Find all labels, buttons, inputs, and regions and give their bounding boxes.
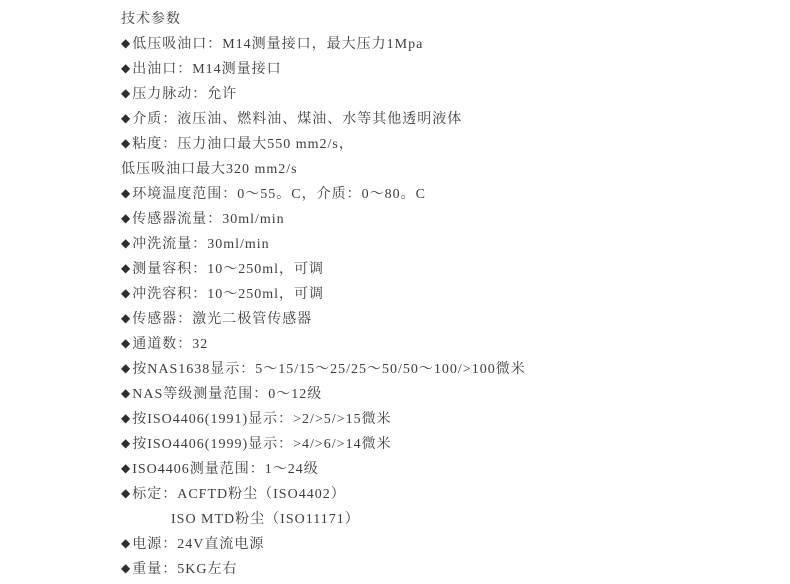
parameter-text: 传感器流量：30ml/min — [132, 212, 284, 227]
parameter-text: 粘度：压力油口最大550 mm2/s， — [132, 137, 354, 152]
parameter-line: ◆按ISO4406(1991)显示：>2/>5/>15微米 — [121, 407, 770, 432]
diamond-bullet-icon: ◆ — [121, 181, 131, 206]
parameter-text: 按NAS1638显示：5～15/15～25/25～50/50～100/>100微… — [132, 362, 525, 377]
diamond-bullet-icon: ◆ — [121, 381, 131, 406]
parameter-text: 低压吸油口最大320 mm2/s — [121, 162, 298, 177]
parameter-line: ◆低压吸油口：M14测量接口，最大压力1Mpa — [121, 32, 770, 57]
parameter-text: 冲洗流量：30ml/min — [132, 237, 269, 252]
parameter-line: ◆NAS等级测量范围：0～12级 — [121, 382, 770, 407]
diamond-bullet-icon: ◆ — [121, 31, 131, 56]
diamond-bullet-icon: ◆ — [121, 231, 131, 256]
parameter-text: 按ISO4406(1991)显示：>2/>5/>15微米 — [132, 412, 391, 427]
parameter-line: ◆传感器流量：30ml/min — [121, 207, 770, 232]
diamond-bullet-icon: ◆ — [121, 106, 131, 131]
parameter-line: ◆测量容积：10～250ml，可调 — [121, 257, 770, 282]
diamond-bullet-icon: ◆ — [121, 206, 131, 231]
parameter-line: ◆电源：24V直流电源 — [121, 532, 770, 557]
technical-parameters-document: 技术参数 ◆低压吸油口：M14测量接口，最大压力1Mpa◆出油口：M14测量接口… — [0, 0, 790, 584]
parameter-line: ◆粘度：压力油口最大550 mm2/s， — [121, 132, 770, 157]
parameter-line: ◆传感器：激光二极管传感器 — [121, 307, 770, 332]
parameter-text: 低压吸油口：M14测量接口，最大压力1Mpa — [132, 37, 423, 52]
diamond-bullet-icon: ◆ — [121, 56, 131, 81]
diamond-bullet-icon: ◆ — [121, 331, 131, 356]
parameter-text: 介质：液压油、燃料油、煤油、水等其他透明液体 — [132, 112, 462, 127]
parameter-line: ◆压力脉动：允许 — [121, 82, 770, 107]
parameter-line: 低压吸油口最大320 mm2/s — [121, 157, 770, 182]
parameter-text: 按ISO4406(1999)显示：>4/>6/>14微米 — [132, 437, 391, 452]
parameter-list: ◆低压吸油口：M14测量接口，最大压力1Mpa◆出油口：M14测量接口◆压力脉动… — [121, 32, 770, 582]
parameter-line: ◆重量：5KG左右 — [121, 557, 770, 582]
parameter-line: ◆ISO4406测量范围：1～24级 — [121, 457, 770, 482]
diamond-bullet-icon: ◆ — [121, 556, 131, 581]
parameter-text: 出油口：M14测量接口 — [132, 62, 281, 77]
parameter-line: ISO MTD粉尘（ISO11171） — [121, 507, 770, 532]
parameter-line: ◆标定：ACFTD粉尘（ISO4402） — [121, 482, 770, 507]
parameter-text: 冲洗容积：10～250ml，可调 — [132, 287, 324, 302]
parameter-text: 标定：ACFTD粉尘（ISO4402） — [132, 487, 345, 502]
parameter-line: ◆冲洗流量：30ml/min — [121, 232, 770, 257]
parameter-line: ◆介质：液压油、燃料油、煤油、水等其他透明液体 — [121, 107, 770, 132]
parameter-text: 环境温度范围：0～55。C，介质：0～80。C — [132, 187, 426, 202]
parameter-line: ◆冲洗容积：10～250ml，可调 — [121, 282, 770, 307]
diamond-bullet-icon: ◆ — [121, 431, 131, 456]
parameter-text: 测量容积：10～250ml，可调 — [132, 262, 324, 277]
diamond-bullet-icon: ◆ — [121, 81, 131, 106]
parameter-line: ◆按NAS1638显示：5～15/15～25/25～50/50～100/>100… — [121, 357, 770, 382]
parameter-text: 压力脉动：允许 — [132, 87, 237, 102]
parameter-line: ◆通道数：32 — [121, 332, 770, 357]
parameter-text: NAS等级测量范围：0～12级 — [132, 387, 322, 402]
parameter-text: 通道数：32 — [132, 337, 208, 352]
parameter-line: ◆环境温度范围：0～55。C，介质：0～80。C — [121, 182, 770, 207]
diamond-bullet-icon: ◆ — [121, 281, 131, 306]
parameter-line: ◆按ISO4406(1999)显示：>4/>6/>14微米 — [121, 432, 770, 457]
diamond-bullet-icon: ◆ — [121, 481, 131, 506]
diamond-bullet-icon: ◆ — [121, 456, 131, 481]
diamond-bullet-icon: ◆ — [121, 531, 131, 556]
diamond-bullet-icon: ◆ — [121, 256, 131, 281]
parameter-text: ISO MTD粉尘（ISO11171） — [171, 512, 360, 527]
diamond-bullet-icon: ◆ — [121, 406, 131, 431]
diamond-bullet-icon: ◆ — [121, 356, 131, 381]
parameter-text: 电源：24V直流电源 — [132, 537, 264, 552]
diamond-bullet-icon: ◆ — [121, 306, 131, 331]
parameter-text: ISO4406测量范围：1～24级 — [132, 462, 319, 477]
diamond-bullet-icon: ◆ — [121, 131, 131, 156]
parameter-text: 传感器：激光二极管传感器 — [132, 312, 312, 327]
parameter-text: 重量：5KG左右 — [132, 562, 237, 577]
parameter-line: ◆出油口：M14测量接口 — [121, 57, 770, 82]
page-title: 技术参数 — [121, 7, 770, 32]
